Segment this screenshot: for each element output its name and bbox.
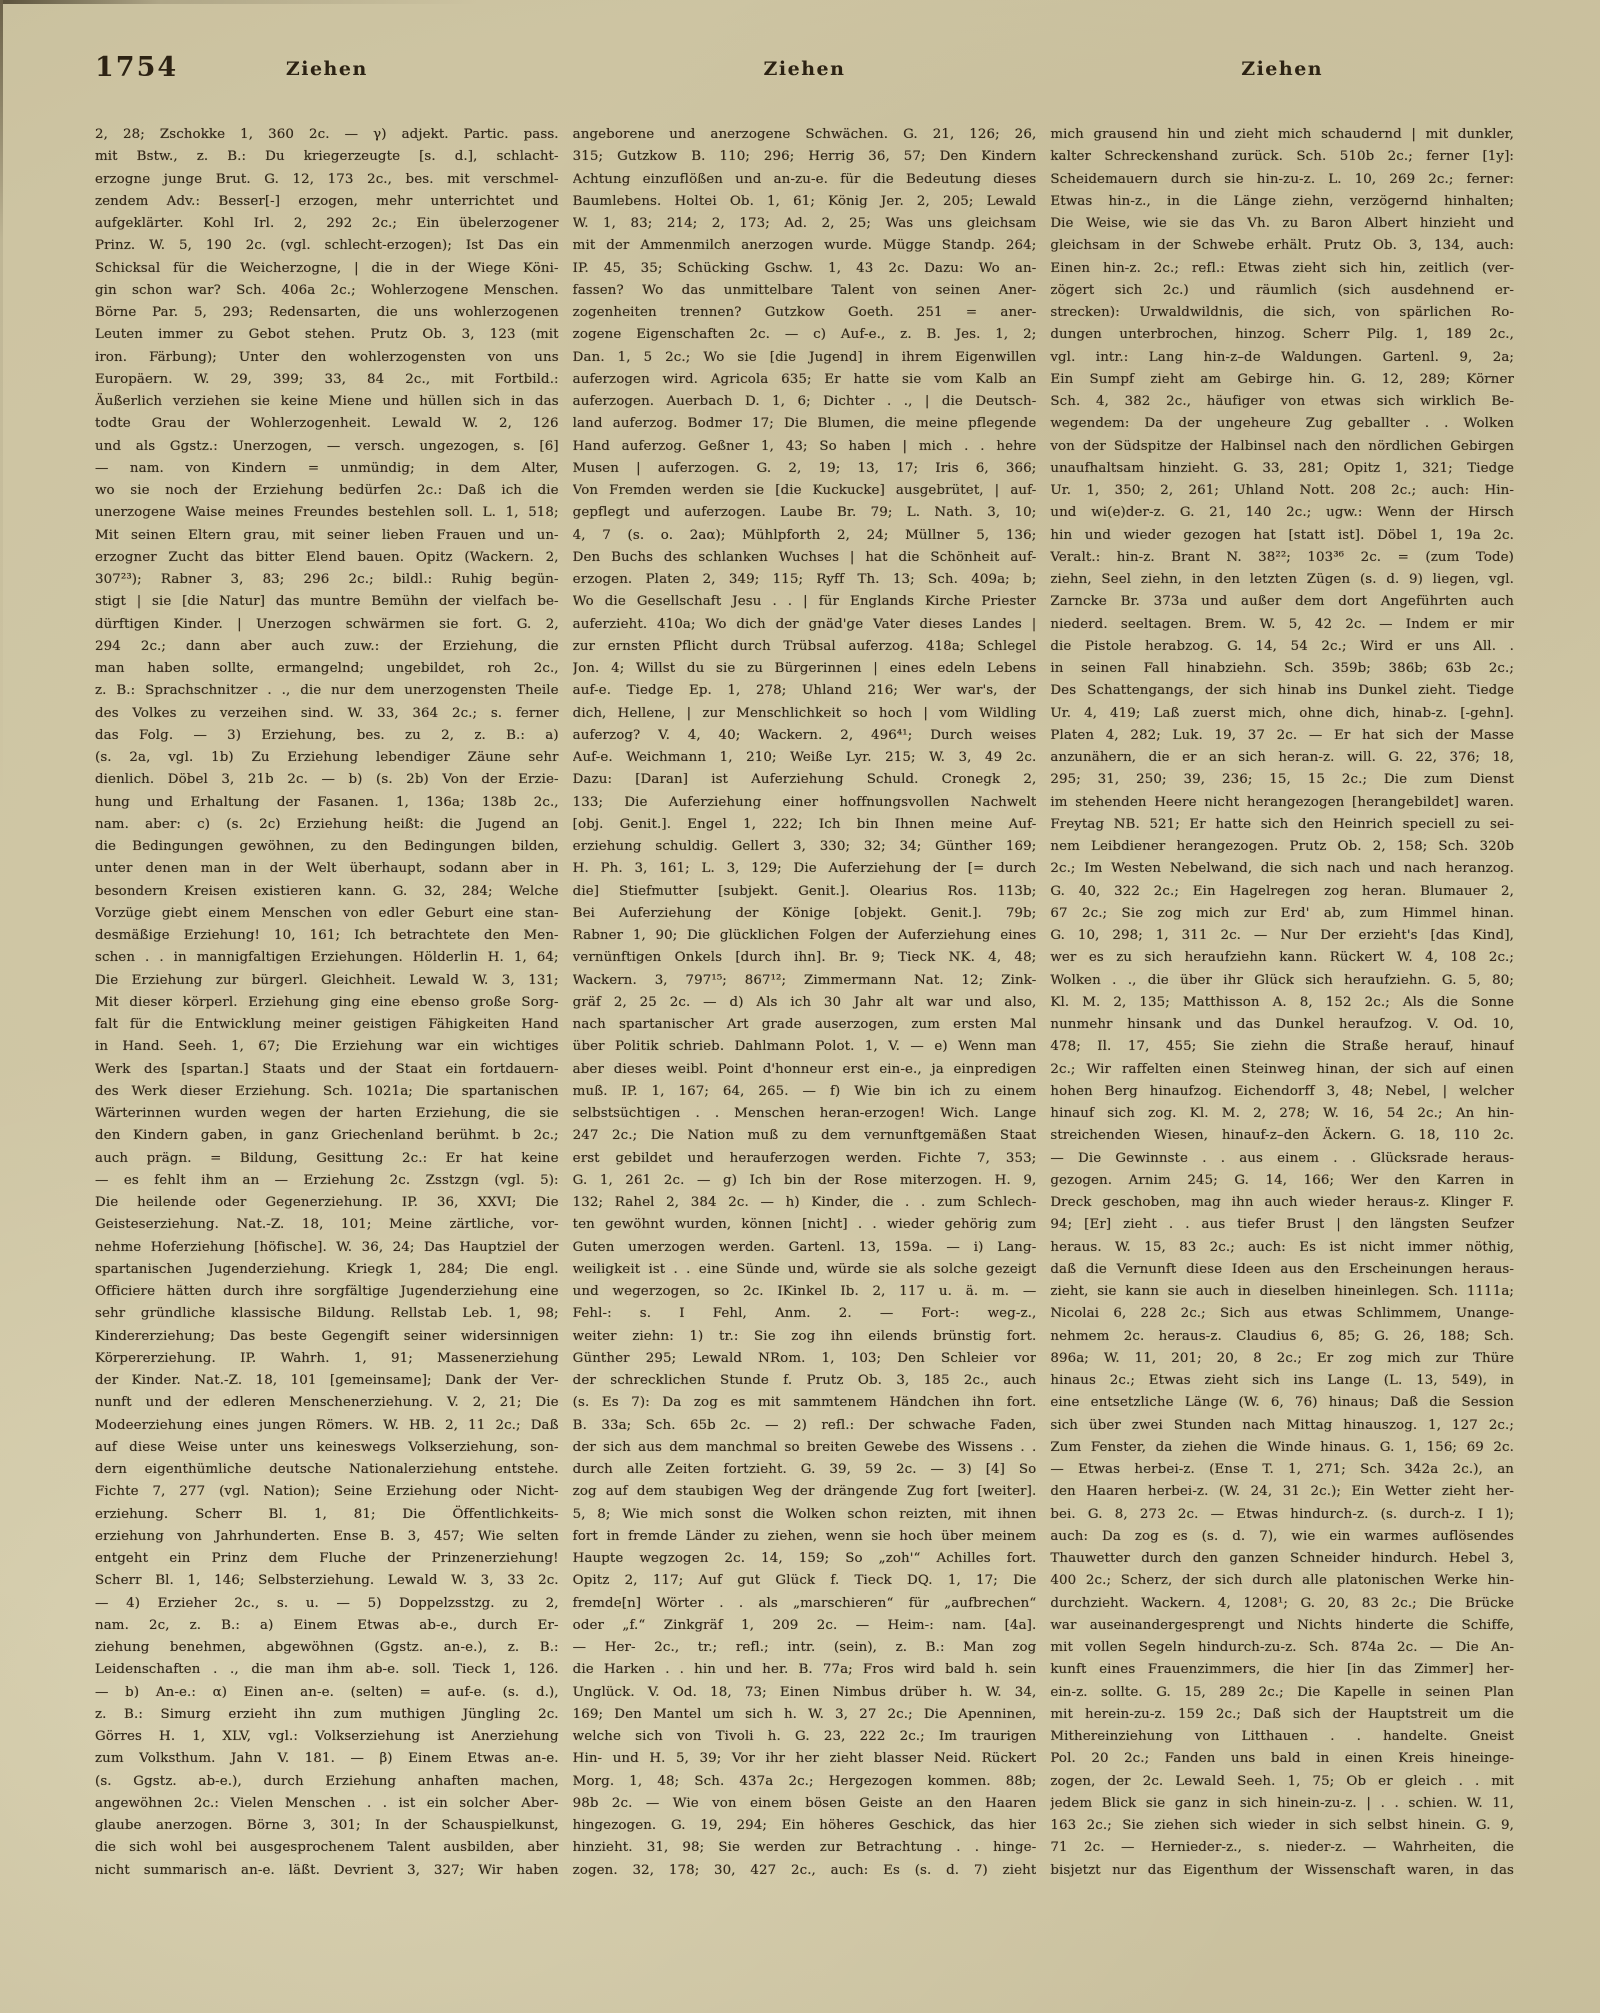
scan-edge-left (0, 0, 3, 2013)
text-line: 307²³); Rabner 3, 83; 296 2c.; bildl.: R… (95, 569, 559, 591)
text-line: 67 2c.; Sie zog mich zur Erd' ab, zum Hi… (1050, 903, 1514, 925)
text-line: die Bedingungen gewöhnen, zu den Bedingu… (95, 836, 559, 858)
text-line: 169; Den Mantel um sich h. W. 3, 27 2c.;… (573, 1704, 1037, 1726)
text-line: 315; Gutzkow B. 110; 296; Herrig 36, 57;… (573, 146, 1037, 168)
text-line: streichenden Wiesen, hinauf-z–den Äckern… (1050, 1125, 1514, 1147)
text-line: Fehl-: s. I Fehl, Anm. 2. — Fort-: weg-z… (573, 1303, 1037, 1325)
text-line: stigt | sie [die Natur] das muntre Bemüh… (95, 591, 559, 613)
text-line: Auf-e. Weichmann 1, 210; Weiße Lyr. 215;… (573, 747, 1037, 769)
text-line: (s. Es 7): Da zog es mit sammtenem Händc… (573, 1392, 1037, 1414)
text-line: Modeerziehung eines jungen Römers. W. HB… (95, 1415, 559, 1437)
text-line: und wi(e)der-z. G. 21, 140 2c.; ugw.: We… (1050, 502, 1514, 524)
text-line: Bei Auferziehung der Könige [objekt. Gen… (573, 903, 1037, 925)
text-line: die] Stiefmutter [subjekt. Genit.]. Olea… (573, 881, 1037, 903)
text-line: zogen, der 2c. Lewald Seeh. 1, 75; Ob er… (1050, 1771, 1514, 1793)
text-line: 896a; W. 11, 201; 20, 8 2c.; Er zog mich… (1050, 1348, 1514, 1370)
text-line: erst gebildet und herauferzogen werden. … (573, 1148, 1037, 1170)
text-line: Haupte wegzogen 2c. 14, 159; So „zoh'“ A… (573, 1548, 1037, 1570)
text-line: gin schon war? Sch. 406a 2c.; Wohlerzoge… (95, 280, 559, 302)
text-line: zur ernsten Pflicht durch Trübsal auferz… (573, 636, 1037, 658)
text-line: iron. Färbung); Unter den wohlerzogenste… (95, 347, 559, 369)
text-line: durchzieht. Wackern. 4, 1208¹; G. 20, 83… (1050, 1593, 1514, 1615)
text-line: Geisteserziehung. Nat.-Z. 18, 101; Meine… (95, 1214, 559, 1236)
text-line: daß die Vernunft diese Ideen aus den Ers… (1050, 1259, 1514, 1281)
text-line: — Her- 2c., tr.; refl.; intr. (sein), z.… (573, 1637, 1037, 1659)
text-line: angewöhnen 2c.: Vielen Menschen . . ist … (95, 1793, 559, 1815)
text-line: aber dieses weibl. Point d'honneur erst … (573, 1059, 1037, 1081)
text-line: hohen Berg hinaufzog. Eichendorff 3, 48;… (1050, 1081, 1514, 1103)
text-line: Guten umerzogen werden. Gartenl. 13, 159… (573, 1237, 1037, 1259)
text-line: 400 2c.; Scherz, der sich durch alle pla… (1050, 1570, 1514, 1592)
text-line: (s. 2a, vgl. 1b) Zu Erziehung lebendiger… (95, 747, 559, 769)
text-line: mit herein-zu-z. 159 2c.; Daß sich der H… (1050, 1704, 1514, 1726)
text-line: H. Ph. 3, 161; L. 3, 129; Die Auferziehu… (573, 858, 1037, 880)
text-line: nach spartanischer Art grade auserzogen,… (573, 1014, 1037, 1036)
text-line: vgl. intr.: Lang hin-z–de Waldungen. Gar… (1050, 347, 1514, 369)
text-line: Baumlebens. Holtei Ob. 1, 61; König Jer.… (573, 191, 1037, 213)
text-line: oder „f.“ Zinkgräf 1, 209 2c. — Heim-: n… (573, 1615, 1037, 1637)
text-line: eine entsetzliche Länge (W. 6, 76) hinau… (1050, 1392, 1514, 1414)
text-line: Nicolai 6, 228 2c.; Sich aus etwas Schli… (1050, 1303, 1514, 1325)
text-line: Die Weise, wie sie das Vh. zu Baron Albe… (1050, 213, 1514, 235)
text-line: Prinz. W. 5, 190 2c. (vgl. schlecht-erzo… (95, 235, 559, 257)
text-line: dungen unterbrochen, hinzog. Scherr Pilg… (1050, 324, 1514, 346)
text-line: 4, 7 (s. o. 2aα); Mühlpforth 2, 24; Müll… (573, 525, 1037, 547)
text-line: zendem Adv.: Besser[-] erzogen, mehr unt… (95, 191, 559, 213)
text-line: wegendem: Da der ungeheure Zug geballter… (1050, 413, 1514, 435)
text-line: Unglück. V. Od. 18, 73; Einen Nimbus drü… (573, 1682, 1037, 1704)
text-line: — b) An-e.: α) Einen an-e. (selten) = au… (95, 1682, 559, 1704)
text-line: strecken): Urwaldwildnis, die sich, von … (1050, 302, 1514, 324)
text-line: 2c.; Im Westen Nebelwand, die sich nach … (1050, 858, 1514, 880)
text-line: vernünftigen Onkels [durch ihn]. Br. 9; … (573, 947, 1037, 969)
text-line: B. 33a; Sch. 65b 2c. — 2) refl.: Der sch… (573, 1415, 1037, 1437)
text-line: hinzieht. 31, 98; Sie werden zur Betrach… (573, 1837, 1037, 1859)
text-line: wer es zu sich heraufziehn kann. Rückert… (1050, 947, 1514, 969)
text-line: 133; Die Auferziehung einer hoffnungsvol… (573, 792, 1037, 814)
text-line: nunmehr hinsank und das Dunkel heraufzog… (1050, 1014, 1514, 1036)
text-line: Ein Sumpf zieht am Gebirge hin. G. 12, 2… (1050, 369, 1514, 391)
text-line: Den Buchs des schlanken Wuchses | hat di… (573, 547, 1037, 569)
text-line: welche sich von Tivoli h. G. 23, 222 2c.… (573, 1726, 1037, 1748)
text-line: Mit seinen Eltern grau, mit seiner liebe… (95, 525, 559, 547)
text-line: — Etwas herbei-z. (Ense T. 1, 271; Sch. … (1050, 1459, 1514, 1481)
text-line: besondern Kreisen existieren kann. G. 32… (95, 881, 559, 903)
text-line: man haben sollte, ermangelnd; ungebildet… (95, 658, 559, 680)
text-line: Morg. 1, 48; Sch. 437a 2c.; Hergezogen k… (573, 1771, 1037, 1793)
text-line: mit vollen Segeln hindurch-zu-z. Sch. 87… (1050, 1637, 1514, 1659)
text-line: durch alle Zeiten fortzieht. G. 39, 59 2… (573, 1459, 1037, 1481)
text-line: — 4) Erzieher 2c., s. u. — 5) Doppelzsst… (95, 1593, 559, 1615)
text-line: des Volkes zu verzeihen sind. W. 33, 364… (95, 703, 559, 725)
text-line: nehmem 2c. heraus-z. Claudius 6, 85; G. … (1050, 1326, 1514, 1348)
text-line: Dan. 1, 5 2c.; Wo sie [die Jugend] in ih… (573, 347, 1037, 369)
text-line: bei. G. 8, 273 2c. — Etwas hindurch-z. (… (1050, 1504, 1514, 1526)
text-columns: 2, 28; Zschokke 1, 360 2c. — γ) adjekt. … (95, 124, 1514, 1882)
text-line: Mit dieser körperl. Erziehung ging eine … (95, 992, 559, 1014)
text-line: sehr gründliche klassische Bildung. Rell… (95, 1303, 559, 1325)
running-head-column-2: Ziehen (573, 58, 1037, 80)
text-line: auferzogen. Auerbach D. 1, 6; Dichter . … (573, 391, 1037, 413)
text-line: IP. 45, 35; Schücking Gschw. 1, 43 2c. D… (573, 258, 1037, 280)
text-line: hingezogen. G. 19, 294; Ein höheres Gesc… (573, 1815, 1037, 1837)
text-line: 247 2c.; Die Nation muß zu dem vernunftg… (573, 1125, 1037, 1147)
text-line: nicht summarisch an-e. läßt. Devrient 3,… (95, 1860, 559, 1882)
text-line: erzogner Zucht das bitter Elend bauen. O… (95, 547, 559, 569)
text-line: Die heilende oder Gegenerziehung. IP. 36… (95, 1192, 559, 1214)
text-line: war auseinandergesprengt und Nichts hind… (1050, 1615, 1514, 1637)
text-line: 2, 28; Zschokke 1, 360 2c. — γ) adjekt. … (95, 124, 559, 146)
text-line: Dreck geschoben, mag ihn auch wieder her… (1050, 1192, 1514, 1214)
text-line: Körpererziehung. IP. Wahrh. 1, 91; Masse… (95, 1348, 559, 1370)
text-line: — es fehlt ihm an — Erziehung 2c. Zsstzg… (95, 1170, 559, 1192)
text-line: ten gewöhnt wurden, können [nicht] . . w… (573, 1214, 1037, 1236)
text-line: zogenheiten trennen? Gutzkow Goeth. 251 … (573, 302, 1037, 324)
text-line: gleichsam in der Schwebe erhält. Prutz O… (1050, 235, 1514, 257)
text-line: Wackern. 3, 797¹⁵; 867¹²; Zimmermann Nat… (573, 970, 1037, 992)
text-line: Leidenschaften . ., die man ihm ab-e. so… (95, 1659, 559, 1681)
text-line: 132; Rahel 2, 384 2c. — h) Kinder, die .… (573, 1192, 1037, 1214)
text-line: unter denen man in der Welt überhaupt, s… (95, 858, 559, 880)
text-line: Werk des [spartan.] Staats und der Staat… (95, 1059, 559, 1081)
text-line: die sich wohl bei ausgesprochenem Talent… (95, 1837, 559, 1859)
running-head-column-3: Ziehen (1050, 58, 1514, 80)
text-line: den Haaren herbei-z. (W. 24, 31 2c.); Ei… (1050, 1481, 1514, 1503)
text-line: 294 2c.; dann aber auch zuw.: der Erzieh… (95, 636, 559, 658)
text-line: dienlich. Döbel 3, 21b 2c. — b) (s. 2b) … (95, 769, 559, 791)
text-line: gepflegt und auferzogen. Laube Br. 79; L… (573, 502, 1037, 524)
text-line: Kl. M. 2, 135; Matthisson A. 8, 152 2c.;… (1050, 992, 1514, 1014)
text-line: zogene Eigenschaften 2c. — c) Auf-e., z.… (573, 324, 1037, 346)
text-line: und wegerzogen, so 2c. IKinkel Ib. 2, 11… (573, 1281, 1037, 1303)
text-line: fremde[n] Wörter . . als „marschieren“ f… (573, 1593, 1037, 1615)
running-heads: Ziehen Ziehen Ziehen (95, 58, 1514, 80)
text-line: Wolken . ., die über ihr Glück sich hera… (1050, 970, 1514, 992)
text-line: 478; Il. 17, 455; Sie ziehn die Straße h… (1050, 1036, 1514, 1058)
text-line: Zum Fenster, da ziehen die Winde hinaus.… (1050, 1437, 1514, 1459)
text-line: fassen? Wo das unmittelbare Talent von s… (573, 280, 1037, 302)
text-line: in Hand. Seeh. 1, 67; Die Erziehung war … (95, 1036, 559, 1058)
text-line: unerzogene Waise meines Freundes bestehl… (95, 502, 559, 524)
text-line: unaufhaltsam hinzieht. G. 33, 281; Opitz… (1050, 458, 1514, 480)
text-line: dich, Hellene, | zur Menschlichkeit so h… (573, 703, 1037, 725)
text-line: Achtung einzuflößen und an-zu-e. für die… (573, 169, 1037, 191)
text-line: Platen 4, 282; Luk. 19, 37 2c. — Er hat … (1050, 725, 1514, 747)
text-line: mit Bstw., z. B.: Du kriegerzeugte [s. d… (95, 146, 559, 168)
text-line: muß. IP. 1, 167; 64, 265. — f) Wie bin i… (573, 1081, 1037, 1103)
text-line: Hand auferzog. Geßner 1, 43; So haben | … (573, 436, 1037, 458)
text-line: Börne Par. 5, 293; Redensarten, die uns … (95, 302, 559, 324)
text-line: die Pistole herabzog. G. 14, 54 2c.; Wir… (1050, 636, 1514, 658)
text-column-1: 2, 28; Zschokke 1, 360 2c. — γ) adjekt. … (95, 124, 559, 1882)
text-line: G. 1, 261 2c. — g) Ich bin der Rose mite… (573, 1170, 1037, 1192)
text-line: hinaus 2c.; Etwas zieht sich ins Lange (… (1050, 1370, 1514, 1392)
text-line: 163 2c.; Sie ziehen sich wieder in sich … (1050, 1815, 1514, 1837)
text-line: 2c.; Wir raffelten einen Steinweg hinan,… (1050, 1059, 1514, 1081)
text-line: mit der Ammenmilch anerzogen wurde. Mügg… (573, 235, 1037, 257)
text-line: fort in fremde Länder zu ziehen, wenn si… (573, 1526, 1037, 1548)
text-line: hung und Erhaltung der Fasanen. 1, 136a;… (95, 792, 559, 814)
text-line: zieht, sie kann sie auch in dieselben hi… (1050, 1281, 1514, 1303)
text-line: mich grausend hin und zieht mich schaude… (1050, 124, 1514, 146)
text-line: weiligkeit ist . . eine Sünde und, würde… (573, 1259, 1037, 1281)
text-line: die Harken . . hin und her. B. 77a; Fros… (573, 1659, 1037, 1681)
text-line: falt für die Entwicklung meiner geistige… (95, 1014, 559, 1036)
text-line: ziehn, Seel ziehn, in den letzten Zügen … (1050, 569, 1514, 591)
text-line: nunft und der edleren Menschenerziehung.… (95, 1392, 559, 1414)
text-line: bisjetzt nur das Eigenthum der Wissensch… (1050, 1860, 1514, 1882)
text-line: Des Schattengangs, der sich hinab ins Du… (1050, 680, 1514, 702)
text-line: spartanischen Jugenderziehung. Kriegk 1,… (95, 1259, 559, 1281)
text-line: Etwas hin-z., in die Länge ziehn, verzög… (1050, 191, 1514, 213)
text-line: 295; 31, 250; 39, 236; 15, 15 2c.; Die z… (1050, 769, 1514, 791)
text-line: Die Erziehung zur bürgerl. Gleichheit. L… (95, 970, 559, 992)
text-line: Musen | auferzogen. G. 2, 19; 13, 17; Ir… (573, 458, 1037, 480)
text-line: zog auf dem staubigen Weg der drängende … (573, 1481, 1037, 1503)
text-line: Rabner 1, 90; Die glücklichen Folgen der… (573, 925, 1037, 947)
text-line: Ur. 1, 350; 2, 261; Uhland Nott. 208 2c.… (1050, 480, 1514, 502)
text-line: der sich aus dem manchmal so breiten Gew… (573, 1437, 1037, 1459)
text-line: Officiere hätten durch ihre sorgfältige … (95, 1281, 559, 1303)
text-line: 71 2c. — Hernieder-z., s. nieder-z. — Wa… (1050, 1837, 1514, 1859)
text-line: auf-e. Tiedge Ep. 1, 278; Uhland 216; We… (573, 680, 1037, 702)
text-line: im stehenden Heere nicht herangezogen [h… (1050, 792, 1514, 814)
text-line: z. B.: Simurg erzieht ihn zum muthigen J… (95, 1704, 559, 1726)
text-line: auch: Da zog es (s. d. 7), wie ein warme… (1050, 1526, 1514, 1548)
text-line: den Kindern gaben, in ganz Griechenland … (95, 1125, 559, 1147)
text-line: Schicksal für die Weicherzogne, | die in… (95, 258, 559, 280)
text-line: Jon. 4; Willst du sie zu Bürgerinnen | e… (573, 658, 1037, 680)
text-line: Wo die Gesellschaft Jesu . . | für Engla… (573, 591, 1037, 613)
text-line: Günther 295; Lewald NRom. 1, 103; Den Sc… (573, 1348, 1037, 1370)
text-line: 5, 8; Wie mich sonst die Wolken schon re… (573, 1504, 1037, 1526)
text-line: Äußerlich verziehen sie keine Miene und … (95, 391, 559, 413)
text-line: Scherr Bl. 1, 146; Selbsterziehung. Lewa… (95, 1570, 559, 1592)
text-line: heraus. W. 15, 83 2c.; auch: Es ist nich… (1050, 1237, 1514, 1259)
text-line: Vorzüge giebt einem Menschen von edler G… (95, 903, 559, 925)
text-line: das Folg. — 3) Erziehung, bes. zu 2, z. … (95, 725, 559, 747)
text-line: ein-z. sollte. G. 15, 289 2c.; Die Kapel… (1050, 1682, 1514, 1704)
text-line: und als Ggstz.: Unerzogen, — versch. ung… (95, 436, 559, 458)
text-line: selbstsüchtigen . . Menschen heran-erzog… (573, 1103, 1037, 1125)
text-line: erzogen. Platen 2, 349; 115; Ryff Th. 13… (573, 569, 1037, 591)
scan-edge-top (0, 0, 1600, 4)
text-line: 98b 2c. — Wie von einem bösen Geiste an … (573, 1793, 1037, 1815)
text-line: aufgeklärter. Kohl Irl. 2, 292 2c.; Ein … (95, 213, 559, 235)
text-line: todte Grau der Wohlerzogenheit. Lewald W… (95, 413, 559, 435)
text-line: G. 40, 322 2c.; Ein Hagelregen zog heran… (1050, 881, 1514, 903)
text-line: land auferzog. Bodmer 17; Die Blumen, di… (573, 413, 1037, 435)
text-line: glaube anerzogen. Börne 3, 301; In der S… (95, 1815, 559, 1837)
text-line: Ur. 4, 419; Laß zuerst mich, ohne dich, … (1050, 703, 1514, 725)
text-line: Zarncke Br. 373a und außer dem dort Ange… (1050, 591, 1514, 613)
text-line: des Werk dieser Erziehung. Sch. 1021a; D… (95, 1081, 559, 1103)
text-line: hin und wieder gezogen hat [statt ist]. … (1050, 525, 1514, 547)
text-line: auch prägn. = Bildung, Gesittung 2c.: Er… (95, 1148, 559, 1170)
text-line: schen . . in mannigfaltigen Erziehungen.… (95, 947, 559, 969)
text-column-3: mich grausend hin und zieht mich schaude… (1050, 124, 1514, 1882)
text-line: Von Fremden werden sie [die Kuckucke] au… (573, 480, 1037, 502)
text-line: erziehung. Scherr Bl. 1, 81; Die Öffentl… (95, 1504, 559, 1526)
text-line: erzogne junge Brut. G. 12, 173 2c., bes.… (95, 169, 559, 191)
text-line: nam. aber: c) (s. 2c) Erziehung heißt: d… (95, 814, 559, 836)
text-line: erziehung schuldig. Gellert 3, 330; 32; … (573, 836, 1037, 858)
text-line: dürftigen Kinder. | Unerzogen schwärmen … (95, 614, 559, 636)
text-line: kalter Schreckenshand zurück. Sch. 510b … (1050, 146, 1514, 168)
text-line: der schrecklichen Stunde f. Prutz Ob. 3,… (573, 1370, 1037, 1392)
text-line: ziehung benehmen, abgewöhnen (Ggstz. an-… (95, 1637, 559, 1659)
text-line: zum Volksthum. Jahn V. 181. — β) Einem E… (95, 1748, 559, 1770)
text-line: Wärterinnen wurden wegen der harten Erzi… (95, 1103, 559, 1125)
text-line: [obj. Genit.]. Engel 1, 222; Ich bin Ihn… (573, 814, 1037, 836)
text-line: erziehung von Jahrhunderten. Ense B. 3, … (95, 1526, 559, 1548)
text-line: sich über zwei Stunden nach Mittag hinau… (1050, 1415, 1514, 1437)
text-line: Hin- und H. 5, 39; Vor ihr her zieht bla… (573, 1748, 1037, 1770)
text-line: zögert sich 2c.) und räumlich (sich ausd… (1050, 280, 1514, 302)
text-line: kunft eines Frauenzimmers, die hier [in … (1050, 1659, 1514, 1681)
text-line: Fichte 7, 277 (vgl. Nation); Seine Erzie… (95, 1481, 559, 1503)
text-line: desmäßige Erziehung! 10, 161; Ich betrac… (95, 925, 559, 947)
text-line: (s. Ggstz. ab-e.), durch Erziehung anhaf… (95, 1771, 559, 1793)
text-line: Leuten immer zu Gebot stehen. Prutz Ob. … (95, 324, 559, 346)
text-line: zogen. 32, 178; 30, 427 2c., auch: Es (s… (573, 1860, 1037, 1882)
text-line: Thauwetter durch den ganzen Schneider hi… (1050, 1548, 1514, 1570)
text-line: 94; [Er] zieht . . aus tiefer Brust | de… (1050, 1214, 1514, 1236)
text-line: nem Leibdiener herangezogen. Prutz Ob. 2… (1050, 836, 1514, 858)
running-head-column-1: Ziehen (95, 58, 559, 80)
text-line: Opitz 2, 117; Auf gut Glück f. Tieck DQ.… (573, 1570, 1037, 1592)
text-line: auferzieht. 410a; Wo dich der gnäd'ge Va… (573, 614, 1037, 636)
text-line: Einen hin-z. 2c.; refl.: Etwas zieht sic… (1050, 258, 1514, 280)
text-line: dern eigenthümliche deutsche Nationalerz… (95, 1459, 559, 1481)
text-line: Mithereinziehung von Litthauen . . hande… (1050, 1726, 1514, 1748)
text-line: anzunähern, die er an sich heran-z. will… (1050, 747, 1514, 769)
text-line: nehme Hoferziehung [höfische]. W. 36, 24… (95, 1237, 559, 1259)
text-line: der Kinder. Nat.-Z. 18, 101 [gemeinsame]… (95, 1370, 559, 1392)
text-line: Scheidemauern durch sie hin-zu-z. L. 10,… (1050, 169, 1514, 191)
text-line: nam. 2c, z. B.: a) Einem Etwas ab-e., du… (95, 1615, 559, 1637)
text-line: über Politik schrieb. Dahlmann Polot. 1,… (573, 1036, 1037, 1058)
text-line: — nam. von Kindern = unmündig; in dem Al… (95, 458, 559, 480)
text-line: Kindererziehung; Das beste Gegengift sei… (95, 1326, 559, 1348)
text-line: Görres H. 1, XLV, vgl.: Volkserziehung i… (95, 1726, 559, 1748)
text-column-2: angeborene und anerzogene Schwächen. G. … (573, 124, 1037, 1882)
text-line: Sch. 4, 382 2c., häufiger von etwas sich… (1050, 391, 1514, 413)
text-line: Pol. 20 2c.; Fanden uns bald in einen Kr… (1050, 1748, 1514, 1770)
text-line: Freytag NB. 521; Er hatte sich den Heinr… (1050, 814, 1514, 836)
text-line: auferzogen wird. Agricola 635; Er hatte … (573, 369, 1037, 391)
text-line: von der Südspitze der Halbinsel nach den… (1050, 436, 1514, 458)
text-line: auferzog? V. 4, 40; Wackern. 2, 496⁴¹; D… (573, 725, 1037, 747)
text-line: in seinen Fall hinabziehn. Sch. 359b; 38… (1050, 658, 1514, 680)
text-line: Veralt.: hin-z. Brant N. 38²²; 103³⁶ 2c.… (1050, 547, 1514, 569)
text-line: wo sie noch der Erziehung bedürfen 2c.: … (95, 480, 559, 502)
text-line: Dazu: [Daran] ist Auferziehung Schuld. C… (573, 769, 1037, 791)
text-line: W. 1, 83; 214; 2, 173; Ad. 2, 25; Was un… (573, 213, 1037, 235)
text-line: hinauf sich zog. Kl. M. 2, 278; W. 16, 5… (1050, 1103, 1514, 1125)
text-line: z. B.: Sprachschnitzer . ., die nur dem … (95, 680, 559, 702)
text-line: gräf 2, 25 2c. — d) Als ich 30 Jahr alt … (573, 992, 1037, 1014)
text-line: Europäern. W. 29, 399; 33, 84 2c., mit F… (95, 369, 559, 391)
text-line: G. 10, 298; 1, 311 2c. — Nur Der erzieht… (1050, 925, 1514, 947)
text-line: jedem Blick sie ganz in sich hinein-zu-z… (1050, 1793, 1514, 1815)
text-line: angeborene und anerzogene Schwächen. G. … (573, 124, 1037, 146)
text-line: auf diese Weise unter uns keineswegs Vol… (95, 1437, 559, 1459)
text-line: entgeht ein Prinz dem Fluche der Prinzen… (95, 1548, 559, 1570)
text-line: weiter ziehn: 1) tr.: Sie zog ihn eilend… (573, 1326, 1037, 1348)
text-line: gezogen. Arnim 245; G. 14, 166; Wer den … (1050, 1170, 1514, 1192)
text-line: — Die Gewinnste . . aus einem . . Glücks… (1050, 1148, 1514, 1170)
text-line: niederd. seeltagen. Brem. W. 5, 42 2c. —… (1050, 614, 1514, 636)
